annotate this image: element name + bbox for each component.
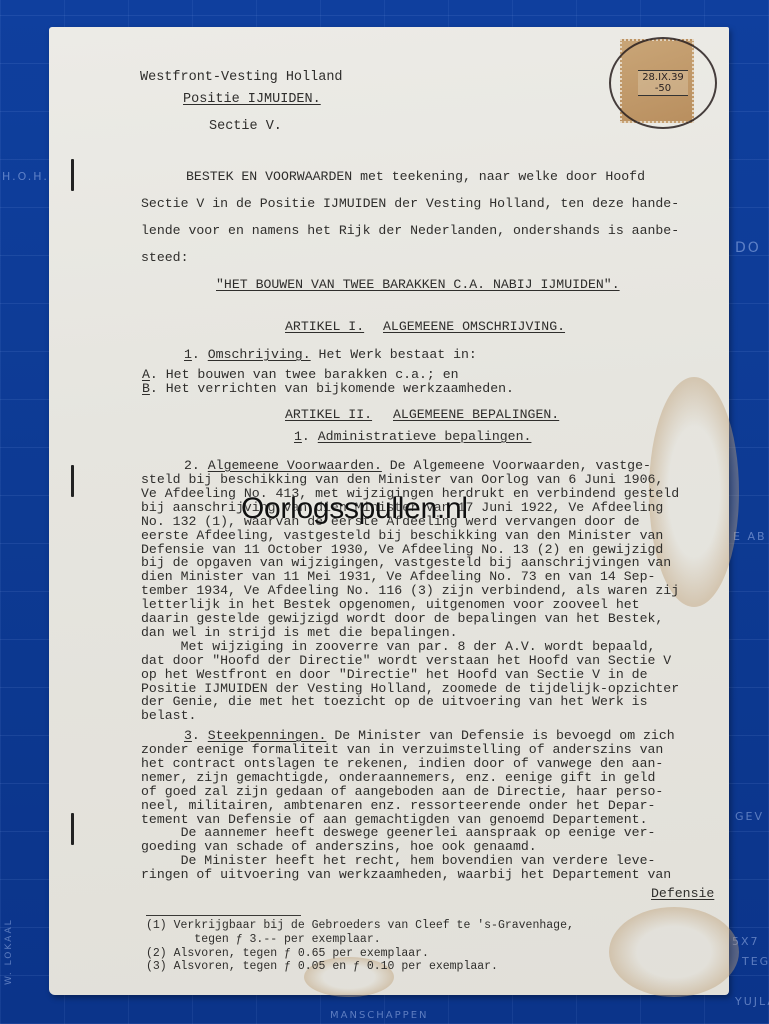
item-text: Het Werk bestaat in: [311, 347, 477, 362]
para-text: De Minister van Defensie is bevoegd om z… [326, 728, 674, 743]
text-line: of goed zal zijn gedaan of aangeboden aa… [141, 785, 663, 799]
list-text: . Het bouwen van twee barakken c.a.; en [150, 367, 459, 382]
text-line: Positie IJMUIDEN der Vesting Holland, zo… [141, 682, 679, 696]
text-line: (2) Alsvoren, tegen ƒ 0.65 per exemplaar… [146, 947, 429, 961]
header-line-3: Sectie V. [209, 120, 282, 134]
para-number: 3 [184, 728, 192, 743]
text-line: daarin gestelde gewijzigd wordt door de … [141, 612, 663, 626]
list-item: B. Het verrichten van bijkomende werkzaa… [142, 382, 514, 396]
blueprint-label: YUJLA [735, 995, 769, 1008]
para-text: De Algemeene Voorwaarden, vastge- [382, 458, 651, 473]
blueprint-label: W. LOKAAL [4, 918, 14, 985]
subheading: 1. Administratieve bepalingen. [294, 430, 531, 444]
list-text: . Het verrichten van bijkomende werkzaam… [150, 381, 514, 396]
item-title: Omschrijving. [208, 347, 311, 362]
punch-mark [71, 465, 74, 497]
text-line: belast. [141, 709, 196, 723]
text-line: De Minister heeft het recht, hem bovendi… [141, 854, 655, 868]
text-line: eerste Afdeeling, vastgesteld bij beschi… [141, 529, 663, 543]
artikel-1-heading: ARTIKEL I. [285, 320, 364, 334]
text-line: (3) Alsvoren, tegen ƒ 0.05 en ƒ 0.10 per… [146, 960, 498, 974]
intro-line: Sectie V in de Positie IJMUIDEN der Vest… [141, 197, 679, 211]
text-line: dan wel in strijd is met die bepalingen. [141, 626, 458, 640]
header-line-2: Positie IJMUIDEN. [183, 93, 321, 107]
text-line: tement van Defensie of aan gemachtigden … [141, 813, 647, 827]
contract-title: "HET BOUWEN VAN TWEE BARAKKEN C.A. NABIJ… [216, 278, 620, 292]
intro-line: steed: [141, 251, 188, 265]
blueprint-label: TEGE [742, 955, 769, 968]
punch-mark [71, 813, 74, 845]
watermark: Oorlogsspullen.nl [241, 492, 468, 526]
item-number: 1 [184, 347, 192, 362]
text-line: op het Westfront en door "Directie" het … [141, 668, 647, 682]
text-line: nemer, zijn gemachtigde, onderaannemers,… [141, 771, 655, 785]
text-line: letterlijk in het Bestek opgenomen, uitg… [141, 598, 640, 612]
text-line: het contract ontslagen te rekenen, indie… [141, 757, 663, 771]
list-item: A. Het bouwen van twee barakken c.a.; en [142, 368, 459, 382]
text-line: dien Minister van 11 Mei 1931, Ve Afdeel… [141, 570, 655, 584]
text-line: ringen of uitvoering van werkzaamheden, … [141, 868, 671, 882]
water-stain [609, 907, 739, 997]
text-line: der Genie, die met het toezicht op de ui… [141, 695, 647, 709]
footnote-rule [146, 915, 301, 916]
text-line: Defensie van 11 October 1930, Ve Afdeeli… [141, 543, 663, 557]
text-line: zonder eenige formaliteit van in verzuim… [141, 743, 663, 757]
para-2-first-line: 2. Algemeene Voorwaarden. De Algemeene V… [184, 459, 651, 473]
artikel-1-title: ALGEMEENE OMSCHRIJVING. [383, 320, 565, 334]
text-line: bij de opgaven van wijzigingen, vastgest… [141, 556, 671, 570]
para-number: 2 [184, 458, 192, 473]
intro-line: BESTEK EN VOORWAARDEN met teekening, naa… [186, 170, 645, 184]
punch-mark [71, 159, 74, 191]
list-letter: A [142, 367, 150, 382]
postmark-time: -50 [642, 83, 684, 94]
catchword: Defensie [651, 887, 714, 901]
blueprint-label: E AB [733, 530, 767, 543]
para-title: Steekpenningen. [208, 728, 327, 743]
artikel-2-title: ALGEMEENE BEPALINGEN. [393, 408, 559, 422]
text-line: Met wijziging in zooverre van par. 8 der… [141, 640, 655, 654]
para-title: Algemeene Voorwaarden. [208, 458, 382, 473]
postmark-date: 28.IX.39 [642, 72, 684, 83]
document-page: 28.IX.39 -50 Westfront-Vesting Holland P… [49, 27, 729, 995]
sub-number: 1 [294, 429, 302, 444]
blueprint-label: MANSCHAPPEN [330, 1010, 429, 1021]
para-3-first-line: 3. Steekpenningen. De Minister van Defen… [184, 729, 675, 743]
artikel-2-heading: ARTIKEL II. [285, 408, 372, 422]
header-line-1: Westfront-Vesting Holland [140, 71, 343, 85]
text-line: (1) Verkrijgbaar bij de Gebroeders van C… [146, 919, 574, 933]
omschrijving-line: 1. Omschrijving. Het Werk bestaat in: [184, 348, 477, 362]
postmark: 28.IX.39 -50 [609, 37, 717, 129]
text-line: goeding van schade of anderszins, hoe oo… [141, 840, 537, 854]
sub-title: Administratieve bepalingen. [318, 429, 532, 444]
blueprint-label: GEV [735, 810, 764, 823]
text-line: tember 1934, Ve Afdeeling No. 116 (3) zi… [141, 584, 679, 598]
text-line: steld bij beschikking van den Minister v… [141, 473, 663, 487]
text-line: neel, militairen, ambtenaren enz. ressor… [141, 799, 655, 813]
intro-line: lende voor en namens het Rijk der Nederl… [141, 224, 679, 238]
text-line: tegen ƒ 3.-- per exemplaar. [146, 933, 381, 947]
text-line: De aannemer heeft deswege geenerlei aans… [141, 826, 655, 840]
text-line: dat door "Hoofd der Directie" wordt vers… [141, 654, 671, 668]
blueprint-label: DO [735, 240, 761, 256]
list-letter: B [142, 381, 150, 396]
